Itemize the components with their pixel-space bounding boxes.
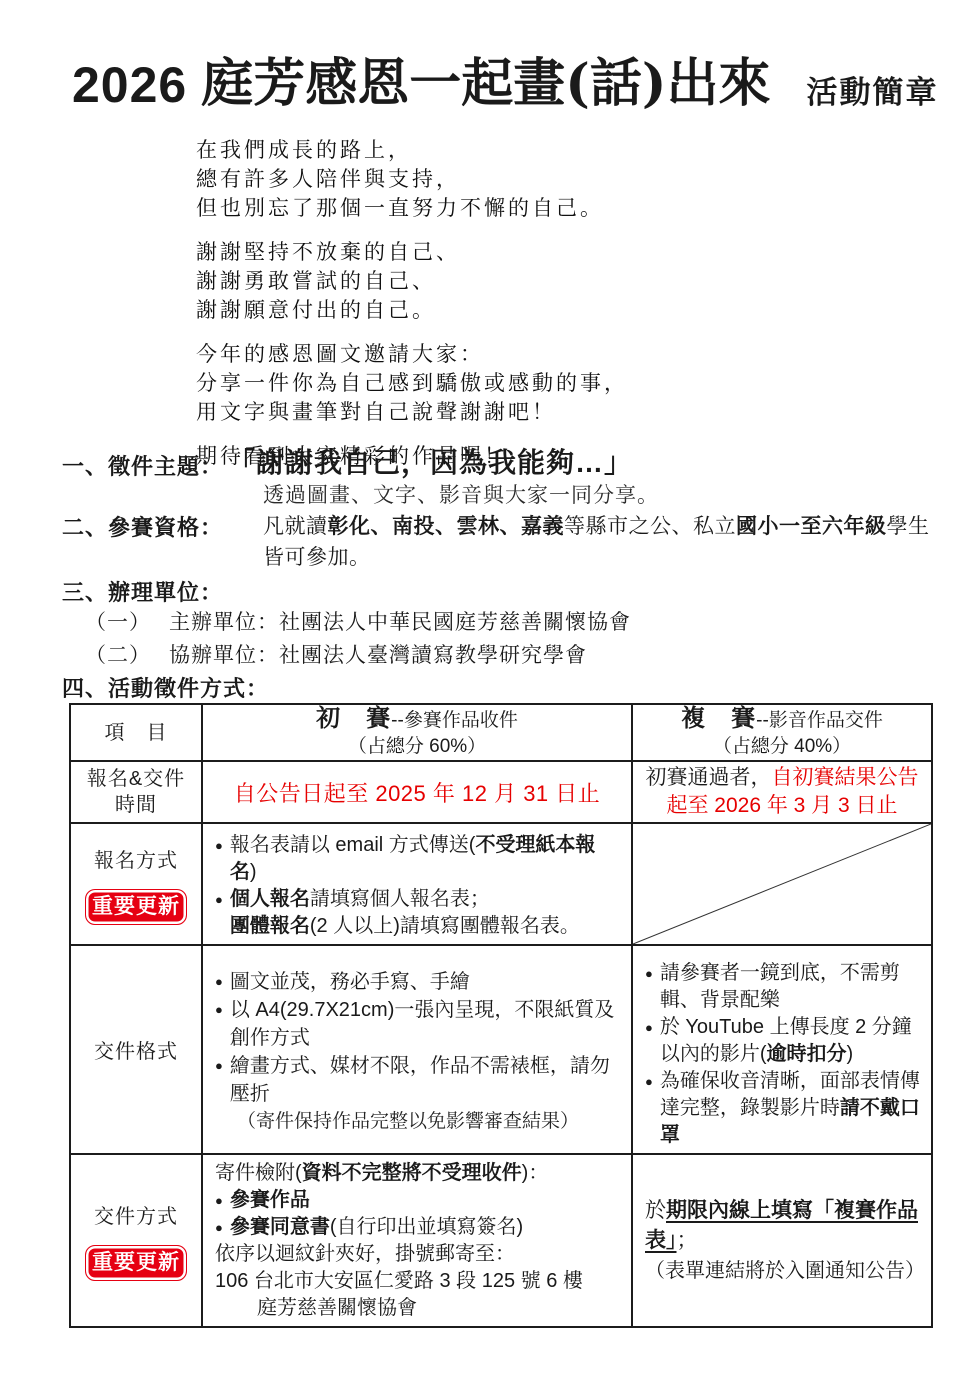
- signup-empty-cell: [632, 823, 932, 945]
- organizer-cohost: （二） 協辦單位：社團法人臺灣讀寫教學研究學會: [85, 639, 587, 669]
- signup-bullet-1: ● 報名表請以 email 方式傳送(不受理紙本報名): [215, 832, 621, 886]
- signup-run: 請填寫個人報名表；: [310, 888, 490, 910]
- poem-line: 今年的感恩圖文邀請大家：: [196, 340, 628, 369]
- delivery-run: (自行印出並填寫簽名): [330, 1216, 523, 1238]
- poem-line: 分享一件你為自己感到驕傲或感動的事，: [196, 369, 628, 398]
- row-time-label-line1: 報名&交件: [71, 766, 201, 792]
- format-video-specs: ● 請參賽者一鏡到底，不需剪輯、背景配樂 ● 於 YouTube 上傳長度 2 …: [632, 945, 932, 1154]
- submission-table: 項 目 初 賽--參賽作品收件 （占總分 60%） 複 賽--影音作品交件 （占…: [69, 703, 933, 1328]
- video-bullet-1: ● 請參賽者一鏡到底，不需剪輯、背景配樂: [645, 960, 923, 1014]
- section-eligibility: 二、參賽資格： 凡就讀彰化、南投、雲林、嘉義等縣市之公、私立國小一至六年級學生 …: [62, 511, 953, 573]
- section-submission-label: 四、活動徵件方式：: [62, 672, 269, 703]
- final-score: （占總分 40%）: [633, 734, 931, 760]
- poem-line: 但也別忘了那個一直努力不懈的自己。: [196, 194, 628, 223]
- format-bullet-3: ● 繪畫方式、媒材不限，作品不需裱框，請勿壓折: [215, 1052, 623, 1108]
- video-bullet-3-text: 為確保收音清晰，面部表情傳達完整，錄製影片時請不戴口罩: [660, 1068, 923, 1149]
- poem-stanza-3: 今年的感恩圖文邀請大家： 分享一件你為自己感到驕傲或感動的事， 用文字與畫筆對自…: [196, 340, 628, 427]
- delivery-run-bold: 參賽同意書: [230, 1216, 330, 1238]
- poem-line: 謝謝願意付出的自己。: [196, 296, 628, 325]
- bullet-icon: ●: [215, 968, 223, 996]
- eligibility-run: 等縣市之公、私立: [564, 515, 736, 538]
- poem-stanza-2: 謝謝堅持不放棄的自己、 謝謝勇敢嘗試的自己、 謝謝願意付出的自己。: [196, 238, 628, 325]
- delivery-bullet-1-text: 參賽作品: [230, 1187, 623, 1214]
- bullet-icon: ●: [645, 1014, 653, 1068]
- organizer-cohost-text: 協辦單位：社團法人臺灣讀寫教學研究學會: [169, 639, 587, 669]
- bullet-icon: ●: [215, 886, 223, 940]
- important-update-badge: 重要更新: [85, 1245, 187, 1281]
- section-theme-desc: 透過圖畫、文字、影音與大家一同分享。: [263, 479, 659, 509]
- title-main: 庭芳感恩一起畫(話)出來: [201, 58, 770, 110]
- flyer-page: 2026 庭芳感恩一起畫(話)出來 活動簡章 在我們成長的路上， 總有許多人陪伴…: [0, 0, 980, 1386]
- signup-bullet-1-text: 報名表請以 email 方式傳送(不受理紙本報名): [230, 832, 621, 886]
- title-year: 2026: [72, 60, 187, 110]
- video-run: ): [847, 1043, 854, 1065]
- format-bullet-1: ● 圖文並茂，務必手寫、手繪: [215, 968, 623, 996]
- format-label-text: 交件格式: [94, 1041, 178, 1063]
- section-theme-label: 一、徵件主題：: [62, 450, 223, 481]
- row-signup-label: 報名方式 重要更新: [70, 823, 202, 945]
- format-bullet-3-text: 繪畫方式、媒材不限，作品不需裱框，請勿壓折: [230, 1052, 623, 1108]
- final-subtitle: --影音作品交件: [756, 710, 883, 731]
- delivery-head: 寄件檢附(資料不完整將不受理收件)：: [215, 1160, 623, 1187]
- signup-run: 報名表請以 email 方式傳送(: [230, 834, 476, 856]
- delivery-bullet-2: ● 參賽同意書(自行印出並填寫簽名): [215, 1214, 623, 1241]
- row-format-label: 交件格式: [70, 945, 202, 1154]
- delivery-bullet-2-text: 參賽同意書(自行印出並填寫簽名): [230, 1214, 623, 1241]
- bullet-icon: ●: [645, 1068, 653, 1149]
- eligibility-run: 凡就讀: [263, 515, 328, 538]
- format-bullet-2: ● 以 A4(29.7X21cm)一張內呈現，不限紙質及創作方式: [215, 996, 623, 1052]
- delivery-online-form: 於期限內線上填寫「複賽作品表」； （表單連結將於入圍通知公告）: [632, 1154, 932, 1327]
- signup-bullet-2-text: 個人報名請填寫個人報名表； 團體報名(2 人以上)請填寫團體報名表。: [230, 886, 621, 940]
- online-form-text: 於期限內線上填寫「複賽作品表」；: [645, 1196, 921, 1256]
- poem-line: 謝謝堅持不放棄的自己、: [196, 238, 628, 267]
- section-theme: 一、徵件主題： 「謝謝我自己，因為我能夠…」: [62, 441, 633, 481]
- poem-line: 用文字與畫筆對自己說聲謝謝吧！: [196, 398, 628, 427]
- delivery-label-text: 交件方式: [71, 1200, 201, 1229]
- time-preliminary: 自公告日起至 2025 年 12 月 31 日止: [202, 761, 632, 823]
- preliminary-deadline: 自公告日起至 2025 年 12 月 31 日止: [203, 777, 631, 808]
- delivery-mail-instructions: 寄件檢附(資料不完整將不受理收件)： ● 參賽作品 ● 參賽同意書(自行印出並填…: [202, 1154, 632, 1327]
- eligibility-grades: 國小一至六年級: [736, 515, 887, 538]
- bullet-icon: ●: [215, 832, 223, 886]
- header-item-label: 項 目: [105, 722, 168, 744]
- row-delivery: 交件方式 重要更新 寄件檢附(資料不完整將不受理收件)： ● 參賽作品 ● 參: [70, 1154, 932, 1327]
- organizer-cohost-number: （二）: [85, 639, 151, 669]
- header-preliminary: 初 賽--參賽作品收件 （占總分 60%）: [202, 704, 632, 761]
- poem-line: 在我們成長的路上，: [196, 136, 628, 165]
- delivery-address-line2: 庭芳慈善關懷協會: [215, 1295, 623, 1322]
- eligibility-run: 學生: [887, 515, 930, 538]
- format-mailing-note: （寄件保持作品完整以免影響審查結果）: [215, 1108, 623, 1136]
- bullet-icon: ●: [215, 1187, 223, 1214]
- time-final: 初賽通過者，自初賽結果公告起至 2026 年 3 月 3 日止: [632, 761, 932, 823]
- title-subtitle: 活動簡章: [806, 76, 938, 110]
- delivery-address-line1: 106 台北市大安區仁愛路 3 段 125 號 6 樓: [215, 1268, 623, 1295]
- page-title: 2026 庭芳感恩一起畫(話)出來 活動簡章: [72, 58, 938, 110]
- important-update-badge: 重要更新: [85, 889, 187, 925]
- signup-run: (2 人以上)請填寫團體報名表。: [310, 915, 580, 937]
- diagonal-strike-line: [633, 824, 931, 944]
- preliminary-title: 初 賽: [316, 705, 391, 732]
- table-header-row: 項 目 初 賽--參賽作品收件 （占總分 60%） 複 賽--影音作品交件 （占…: [70, 704, 932, 761]
- format-bullet-1-text: 圖文並茂，務必手寫、手繪: [230, 968, 623, 996]
- row-time: 報名&交件 時間 自公告日起至 2025 年 12 月 31 日止 初賽通過者，…: [70, 761, 932, 823]
- contest-theme: 「謝謝我自己，因為我能夠…」: [227, 441, 633, 481]
- poem-line: 謝謝勇敢嘗試的自己、: [196, 267, 628, 296]
- video-bullet-2-text: 於 YouTube 上傳長度 2 分鐘以內的影片(逾時扣分): [660, 1014, 923, 1068]
- signup-instructions: ● 報名表請以 email 方式傳送(不受理紙本報名) ● 個人報名請填寫個人報…: [202, 823, 632, 945]
- organizer-host-text: 主辦單位：社團法人中華民國庭芳慈善關懷協會: [169, 606, 631, 636]
- online-form-run: ；: [677, 1229, 698, 1252]
- signup-run: ): [250, 861, 257, 883]
- video-bullet-1-text: 請參賽者一鏡到底，不需剪輯、背景配樂: [660, 960, 923, 1014]
- header-item: 項 目: [70, 704, 202, 761]
- bullet-icon: ●: [215, 996, 223, 1052]
- preliminary-score: （占總分 60%）: [203, 734, 631, 760]
- preliminary-subtitle: --參賽作品收件: [391, 710, 518, 731]
- delivery-run: )：: [522, 1162, 549, 1184]
- final-title: 複 賽: [681, 705, 756, 732]
- signup-label-text: 報名方式: [71, 844, 201, 873]
- video-bullet-2: ● 於 YouTube 上傳長度 2 分鐘以內的影片(逾時扣分): [645, 1014, 923, 1068]
- row-time-label-line2: 時間: [71, 792, 201, 818]
- section-eligibility-label: 二、參賽資格：: [62, 511, 263, 573]
- row-signup: 報名方式 重要更新 ● 報名表請以 email 方式傳送(不受理紙本報名) ● …: [70, 823, 932, 945]
- poem-stanza-1: 在我們成長的路上， 總有許多人陪伴與支持， 但也別忘了那個一直努力不懈的自己。: [196, 136, 628, 223]
- signup-run-bold: 個人報名: [230, 888, 310, 910]
- intro-poem: 在我們成長的路上， 總有許多人陪伴與支持， 但也別忘了那個一直努力不懈的自己。 …: [196, 136, 628, 486]
- eligibility-line2: 皆可參加。: [263, 542, 953, 573]
- bullet-icon: ●: [215, 1214, 223, 1241]
- eligibility-text: 凡就讀彰化、南投、雲林、嘉義等縣市之公、私立國小一至六年級學生 皆可參加。: [263, 511, 953, 573]
- online-form-note: （表單連結將於入圍通知公告）: [645, 1256, 921, 1286]
- final-deadline-prefix: 初賽通過者，: [646, 766, 772, 789]
- delivery-run-bold: 資料不完整將不受理收件: [302, 1162, 522, 1184]
- eligibility-counties: 彰化、南投、雲林、嘉義: [328, 515, 565, 538]
- row-delivery-label: 交件方式 重要更新: [70, 1154, 202, 1327]
- section-organizers-label: 三、辦理單位：: [62, 576, 223, 607]
- delivery-run: 寄件檢附(: [215, 1162, 302, 1184]
- header-final: 複 賽--影音作品交件 （占總分 40%）: [632, 704, 932, 761]
- organizer-host: （一） 主辦單位：社團法人中華民國庭芳慈善關懷協會: [85, 606, 631, 636]
- signup-run-bold: 團體報名: [230, 915, 310, 937]
- video-run-bold: 逾時扣分: [767, 1043, 847, 1065]
- online-form-run: 於: [645, 1199, 666, 1222]
- final-deadline: 初賽通過者，自初賽結果公告起至 2026 年 3 月 3 日止: [633, 762, 931, 822]
- row-format: 交件格式 ● 圖文並茂，務必手寫、手繪 ● 以 A4(29.7X21cm)一張內…: [70, 945, 932, 1154]
- organizer-host-number: （一）: [85, 606, 151, 636]
- video-bullet-3: ● 為確保收音清晰，面部表情傳達完整，錄製影片時請不戴口罩: [645, 1068, 923, 1149]
- poem-line: 總有許多人陪伴與支持，: [196, 165, 628, 194]
- bullet-icon: ●: [645, 960, 653, 1014]
- delivery-clip-line: 依序以迴紋針夾好，掛號郵寄至：: [215, 1241, 623, 1268]
- signup-bullet-2: ● 個人報名請填寫個人報名表； 團體報名(2 人以上)請填寫團體報名表。: [215, 886, 621, 940]
- bullet-icon: ●: [215, 1052, 223, 1108]
- format-bullet-2-text: 以 A4(29.7X21cm)一張內呈現，不限紙質及創作方式: [230, 996, 623, 1052]
- delivery-bullet-1: ● 參賽作品: [215, 1187, 623, 1214]
- format-artwork-specs: ● 圖文並茂，務必手寫、手繪 ● 以 A4(29.7X21cm)一張內呈現，不限…: [202, 945, 632, 1154]
- row-time-label: 報名&交件 時間: [70, 761, 202, 823]
